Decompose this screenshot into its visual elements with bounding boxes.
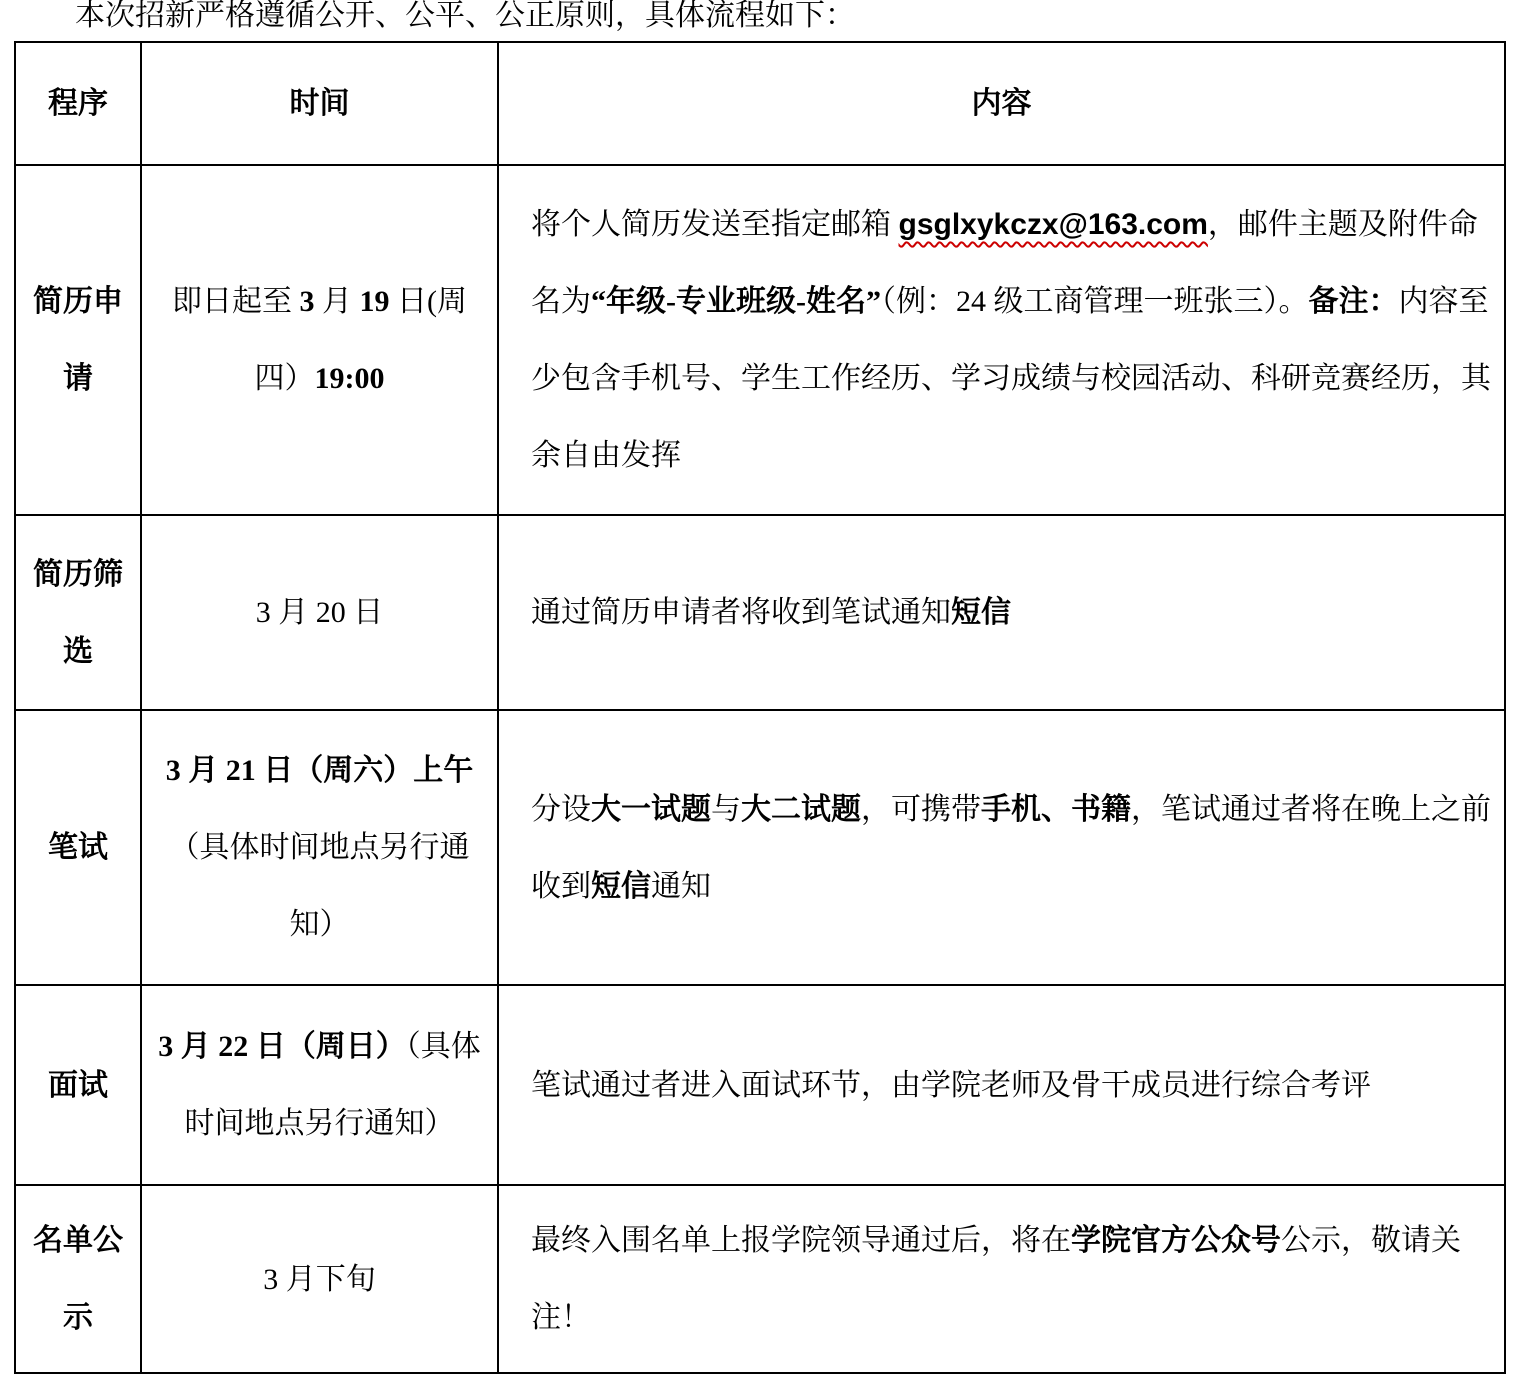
- table-row-resume-application: 简历申请 即日起至 3 月 19 日(周四）19:00 将个人简历发送至指定邮箱…: [15, 165, 1505, 515]
- text-segment: 月: [315, 285, 360, 318]
- email-address: gsglxykczx@163.com: [899, 208, 1208, 241]
- text-segment: 即日起至: [172, 285, 300, 318]
- table-row-list-announcement: 名单公示 3 月下旬 最终入围名单上报学院领导通过后，将在学院官方公众号公示，敬…: [15, 1185, 1505, 1373]
- procedure-cell: 名单公示: [15, 1185, 141, 1373]
- text-segment: 备注：: [1308, 285, 1398, 318]
- text-segment: 手机、书籍: [981, 793, 1131, 826]
- text-segment: 3 月 20 日: [256, 596, 384, 629]
- content-cell: 分设大一试题与大二试题，可携带手机、书籍，笔试通过者将在晚上之前收到短信通知: [498, 710, 1505, 985]
- time-cell: 3 月下旬: [141, 1185, 498, 1373]
- procedure-cell: 简历申请: [15, 165, 141, 515]
- text-segment: 与: [711, 793, 741, 826]
- text-segment: 19:00: [315, 362, 385, 395]
- text-segment: 大一试题: [591, 793, 711, 826]
- table-row-interview: 面试 3 月 22 日（周日）（具体时间地点另行通知） 笔试通过者进入面试环节，…: [15, 985, 1505, 1185]
- procedure-cell: 简历筛选: [15, 515, 141, 710]
- text-segment: 最终入围名单上报学院领导通过后，将在: [531, 1224, 1071, 1257]
- header-content: 内容: [498, 42, 1505, 165]
- content-cell: 将个人简历发送至指定邮箱 gsglxykczx@163.com，邮件主题及附件命…: [498, 165, 1505, 515]
- intro-paragraph: 本次招新严格遵循公开、公平、公正原则，具体流程如下：: [0, 0, 1535, 32]
- text-segment: 通过简历申请者将收到笔试通知: [531, 596, 951, 629]
- text-segment: 通知: [651, 870, 711, 903]
- time-cell: 3 月 20 日: [141, 515, 498, 710]
- text-segment: “年级-专业班级-姓名”: [591, 285, 881, 318]
- procedure-cell: 面试: [15, 985, 141, 1185]
- text-segment: 笔试通过者进入面试环节，由学院老师及骨干成员进行综合考评: [531, 1069, 1371, 1102]
- text-segment: 3 月 22 日（周日）: [158, 1030, 406, 1063]
- text-segment: 大二试题: [741, 793, 861, 826]
- procedure-cell: 笔试: [15, 710, 141, 985]
- text-segment: ，可携带: [861, 793, 981, 826]
- content-cell: 通过简历申请者将收到笔试通知短信: [498, 515, 1505, 710]
- text-segment: 短信: [591, 870, 651, 903]
- time-cell: 3 月 21 日（周六）上午（具体时间地点另行通知）: [141, 710, 498, 985]
- recruitment-process-table: 程序 时间 内容 简历申请 即日起至 3 月 19 日(周四）19:00 将个人…: [14, 41, 1506, 1374]
- header-time: 时间: [141, 42, 498, 165]
- text-segment: 学院官方公众号: [1071, 1224, 1281, 1257]
- content-cell: 笔试通过者进入面试环节，由学院老师及骨干成员进行综合考评: [498, 985, 1505, 1185]
- text-segment: （例：24 级工商管理一班张三）。: [881, 285, 1309, 318]
- text-segment: 分设: [531, 793, 591, 826]
- table-header-row: 程序 时间 内容: [15, 42, 1505, 165]
- table-row-resume-screening: 简历筛选 3 月 20 日 通过简历申请者将收到笔试通知短信: [15, 515, 1505, 710]
- text-segment: 短信: [951, 596, 1011, 629]
- header-procedure: 程序: [15, 42, 141, 165]
- time-cell: 即日起至 3 月 19 日(周四）19:00: [141, 165, 498, 515]
- text-segment: （具体时间地点另行通知）: [170, 831, 470, 941]
- document-page: 本次招新严格遵循公开、公平、公正原则，具体流程如下： 程序 时间 内容 简历申请…: [0, 0, 1535, 1374]
- text-segment: 3 月 21 日（周六）上午: [166, 754, 474, 787]
- text-segment: 3: [300, 285, 315, 318]
- text-segment: 3 月下旬: [263, 1263, 376, 1296]
- time-cell: 3 月 22 日（周日）（具体时间地点另行通知）: [141, 985, 498, 1185]
- text-segment: 19: [360, 285, 390, 318]
- text-segment: 将个人简历发送至指定邮箱: [531, 208, 899, 241]
- content-cell: 最终入围名单上报学院领导通过后，将在学院官方公众号公示，敬请关注！: [498, 1185, 1505, 1373]
- table-row-written-test: 笔试 3 月 21 日（周六）上午（具体时间地点另行通知） 分设大一试题与大二试…: [15, 710, 1505, 985]
